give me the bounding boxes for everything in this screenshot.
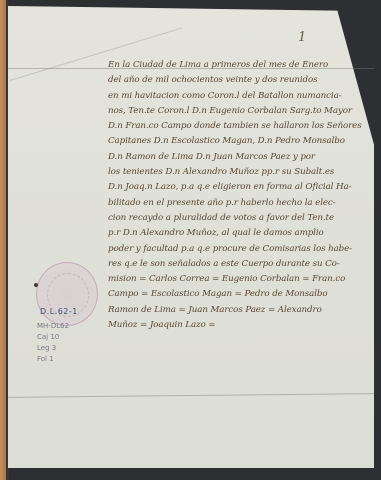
text-line: nos, Ten.te Coron.l D.n Eugenio Corbalan… — [108, 104, 370, 119]
archive-mark: Fol 1 — [37, 354, 69, 365]
text-line: Muñoz = Joaquin Lazo = — [108, 318, 370, 333]
text-line: en mi havitacion como Coron.l del Batall… — [108, 89, 370, 104]
text-line: bilitado en el presente año p.r haberlo … — [108, 196, 370, 211]
text-line: poder y facultad p.a q.e procure de Comi… — [108, 242, 370, 257]
text-line: mision = Carlos Correa = Eugenio Corbala… — [108, 272, 370, 287]
text-line: res q.e le son señalados a este Cuerpo d… — [108, 257, 370, 272]
text-line: del año de mil ochocientos veinte y dos … — [108, 73, 370, 88]
archive-seal-stamp — [36, 262, 98, 326]
archive-mark: Caj 10 — [37, 332, 69, 343]
text-line: cion recaydo a pluralidad de votos a fav… — [108, 211, 370, 226]
text-line: Ramon de Lima = Juan Marcos Paez = Alexa… — [108, 303, 370, 318]
folio-number: 1 — [298, 30, 306, 45]
text-line: Capitanes D.n Escolastico Magan, D.n Ped… — [108, 134, 370, 149]
text-line: D.n Joaq.n Lazo, p.a q.e eligieron en fo… — [108, 180, 370, 195]
archive-mark: MH-DL62 — [37, 321, 69, 332]
archive-mark: Leg 3 — [37, 343, 69, 354]
ink-dot — [34, 283, 38, 287]
text-line: En la Ciudad de Lima a primeros del mes … — [108, 58, 370, 73]
manuscript-text: En la Ciudad de Lima a primeros del mes … — [108, 58, 370, 333]
text-line: p.r D.n Alexandro Muñoz, al qual le damo… — [108, 226, 370, 241]
shelfmark-label: D.L.62-1 — [40, 307, 78, 316]
text-line: los tenientes D.n Alexandro Muñoz pp.r s… — [108, 165, 370, 180]
text-line: D.n Ramon de Lima D.n Juan Marcos Paez y… — [108, 150, 370, 165]
text-line: Campo = Escolastico Magan = Pedro de Mon… — [108, 287, 370, 302]
archive-marks: MH-DL62 Caj 10 Leg 3 Fol 1 — [37, 321, 69, 365]
text-line: D.n Fran.co Campo donde tambien se halla… — [108, 119, 370, 134]
